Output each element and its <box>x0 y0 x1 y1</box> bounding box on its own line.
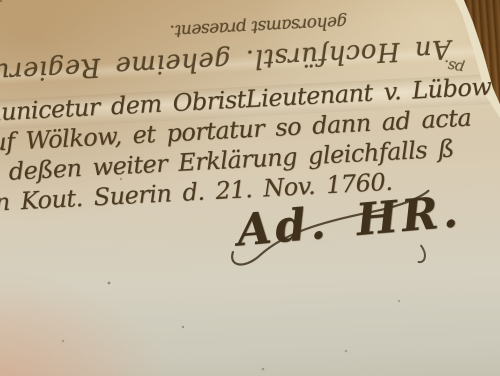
manuscript-photo: An Hochfürstl. geheime Regierung gehorsa… <box>0 0 500 376</box>
